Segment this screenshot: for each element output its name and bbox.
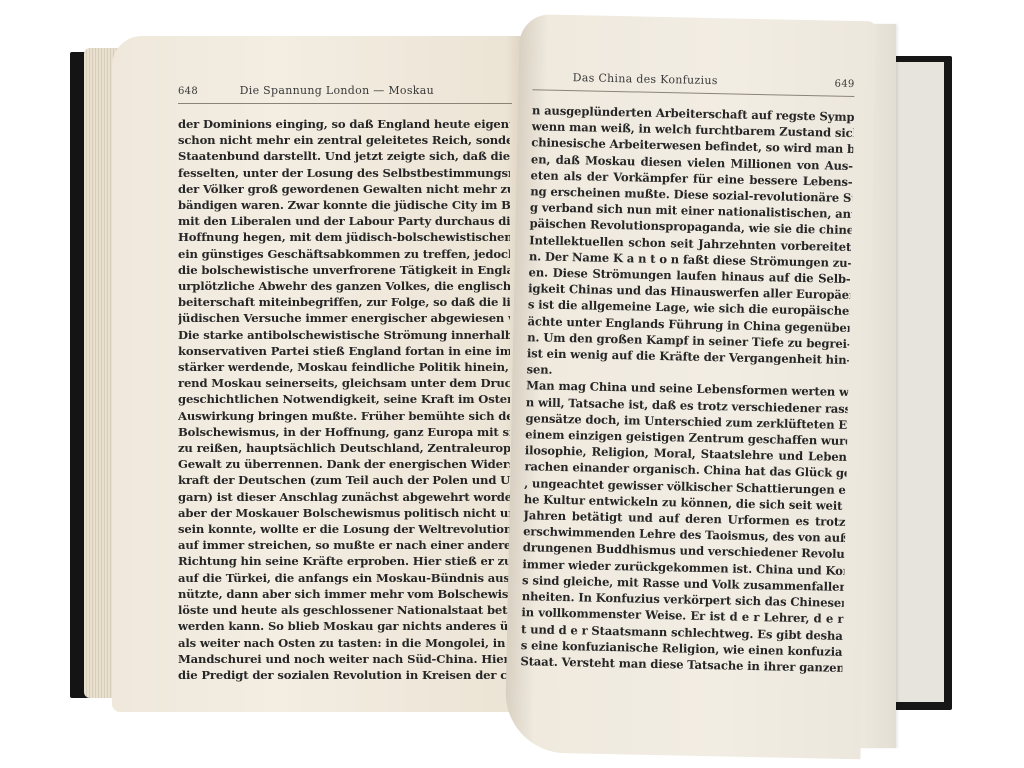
text-line: Gewalt zu überrennen. Dank der energisch…	[178, 456, 510, 472]
text-line: rend Moskau seinerseits, gleichsam unter…	[178, 375, 510, 391]
text-line: Richtung hin seine Kräfte erproben. Hier…	[178, 553, 510, 569]
text-line: als weiter nach Osten zu tasten: in die …	[178, 635, 510, 651]
text-line: zu reißen, hauptsächlich Deutschland, Ze…	[178, 440, 510, 456]
text-line: nützte, dann aber sich immer mehr vom Bo…	[178, 586, 510, 602]
body-text-right: n ausgeplünderten Arbeiterschaft auf reg…	[520, 102, 858, 676]
text-line: stärker werdende, Moskau feindliche Poli…	[178, 359, 510, 375]
text-line: konservativen Partei stieß England forta…	[178, 343, 510, 359]
text-line: der Dominions einging, so daß England he…	[178, 116, 510, 132]
text-line: ein günstiges Geschäftsabkommen zu treff…	[178, 246, 510, 262]
text-line: löste und heute als geschlossener Nation…	[178, 602, 510, 618]
running-head-left: 648 Die Spannung London — Moskau	[178, 84, 512, 104]
text-line: aber der Moskauer Bolschewismus politisc…	[178, 505, 510, 521]
running-head-title-left: Die Spannung London — Moskau	[240, 84, 434, 97]
text-line: Bolschewismus, in der Hoffnung, ganz Eur…	[178, 424, 510, 440]
text-line: Auswirkung bringen mußte. Früher bemühte…	[178, 408, 510, 424]
text-line: kraft der Deutschen (zum Teil auch der P…	[178, 472, 510, 488]
text-line: auf immer streichen, so mußte er nach ei…	[178, 537, 510, 553]
text-line: die bolschewistische unverfrorene Tätigk…	[178, 262, 510, 278]
open-book: 648 Die Spannung London — Moskau der Dom…	[0, 0, 1024, 768]
text-line: werden kann. So blieb Moskau gar nichts …	[178, 618, 510, 634]
text-line: sein konnte, wollte er die Losung der We…	[178, 521, 510, 537]
running-head-title-right: Das China des Konfuzius	[573, 71, 718, 87]
text-line: die Predigt der sozialen Revolution in K…	[178, 667, 510, 683]
running-head-right: Das China des Konfuzius 649	[532, 70, 854, 97]
text-line: schon nicht mehr ein zentral geleitetes …	[178, 132, 510, 148]
page-number-right: 649	[834, 79, 854, 90]
text-line: Staatenbund darstellt. Und jetzt zeigte …	[178, 148, 510, 164]
text-line: jüdischen Versuche immer energischer abg…	[178, 310, 510, 326]
right-page[interactable]: Das China des Konfuzius 649 n ausgeplünd…	[505, 14, 876, 759]
text-line: urplötzliche Abwehr des ganzen Volkes, d…	[178, 278, 510, 294]
text-line: Die starke antibolschewistische Strömung…	[178, 327, 510, 343]
text-line: der Völker groß gewordenen Gewalten nich…	[178, 181, 510, 197]
text-line: auf die Türkei, die anfangs ein Moskau-B…	[178, 570, 510, 586]
left-page[interactable]: 648 Die Spannung London — Moskau der Dom…	[112, 36, 526, 712]
text-line: Mandschurei und noch weiter nach Süd-Chi…	[178, 651, 510, 667]
text-line: beiterschaft miteinbegriffen, zur Folge,…	[178, 294, 510, 310]
text-line: fesselten, unter der Losung des Selbstbe…	[178, 165, 510, 181]
text-line: geschichtlichen Notwendigkeit, seine Kra…	[178, 391, 510, 407]
text-line: garn) ist dieser Anschlag zunächst abgew…	[178, 489, 510, 505]
text-line: bändigen waren. Zwar konnte die jüdische…	[178, 197, 510, 213]
text-line: Hoffnung hegen, mit dem jüdisch-bolschew…	[178, 229, 510, 245]
text-line: mit den Liberalen und der Labour Party d…	[178, 213, 510, 229]
body-text-left: der Dominions einging, so daß England he…	[178, 116, 516, 683]
page-number-left: 648	[178, 86, 198, 97]
